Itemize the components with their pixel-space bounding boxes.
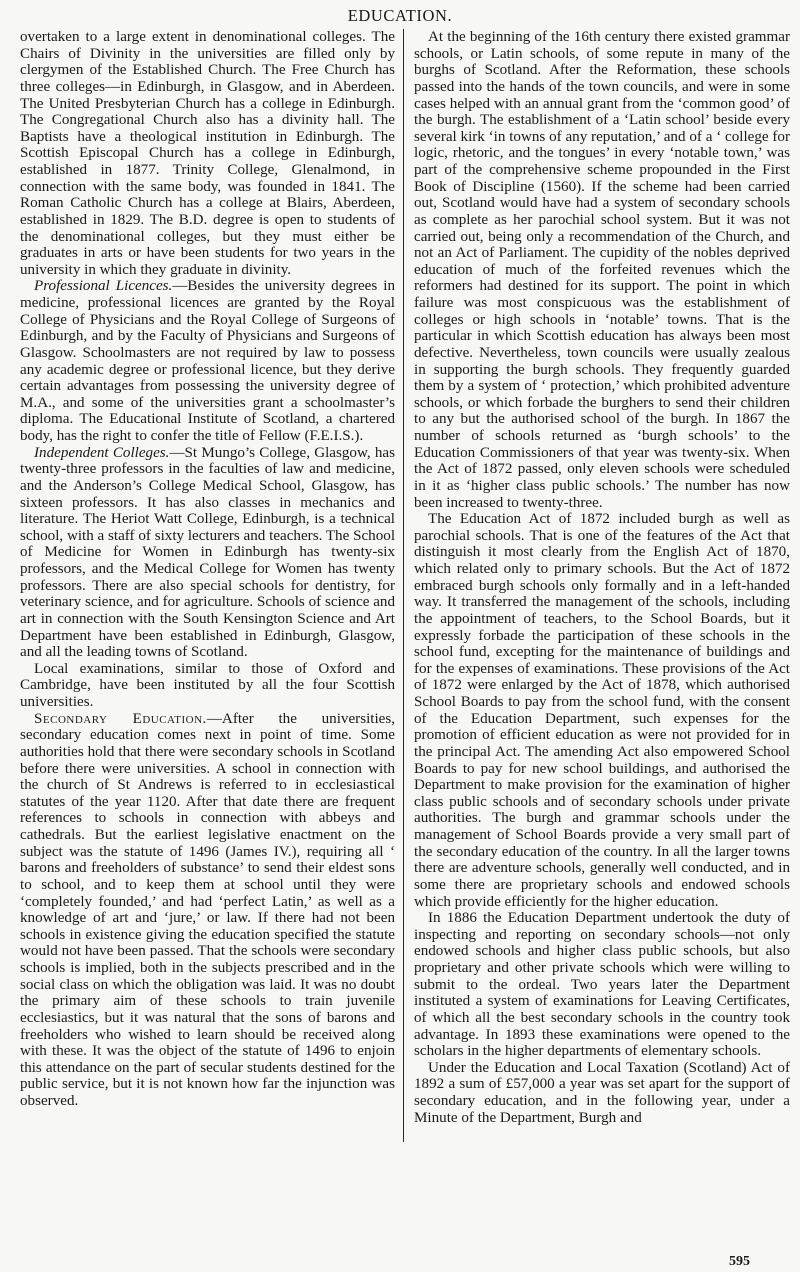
- running-head-title: EDUCATION.: [0, 6, 800, 26]
- paragraph-secondary-education: Secondary Education.—After the universit…: [20, 711, 395, 1110]
- paragraph-independent-colleges: Independent Colleges.—St Mungo’s College…: [20, 445, 395, 661]
- book-page: EDUCATION. overtaken to a large extent i…: [0, 0, 800, 1272]
- paragraph-body: —After the universities, secondary educa…: [20, 711, 395, 1109]
- paragraph-education-act-1872: The Education Act of 1872 included burgh…: [414, 511, 790, 910]
- paragraph-sixteenth-century: At the beginning of the 16th century the…: [414, 29, 790, 511]
- paragraph-1886-inspection: In 1886 the Education Department underto…: [414, 910, 790, 1060]
- paragraph-local-examinations: Local examinations, similar to those of …: [20, 661, 395, 711]
- paragraph-body: —St Mungo’s College, Glasgow, has twenty…: [20, 445, 395, 661]
- paragraph-body: —Besides the university degrees in medic…: [20, 278, 395, 444]
- section-heading-secondary-education: Secondary Education.: [34, 711, 207, 727]
- right-column: At the beginning of the 16th century the…: [414, 29, 790, 1126]
- paragraph-denominational-colleges: overtaken to a large extent in denominat…: [20, 29, 395, 278]
- paragraph-professional-licences: Professional Licences.—Besides the unive…: [20, 278, 395, 444]
- paragraph-local-taxation-act: Under the Education and Local Taxation (…: [414, 1060, 790, 1127]
- column-divider: [403, 29, 404, 1142]
- page-number: 595: [710, 1254, 750, 1270]
- section-heading-independent-colleges: Independent Colleges.: [34, 445, 169, 461]
- section-heading-professional-licences: Professional Licences.: [34, 278, 172, 294]
- left-column: overtaken to a large extent in denominat…: [20, 29, 395, 1110]
